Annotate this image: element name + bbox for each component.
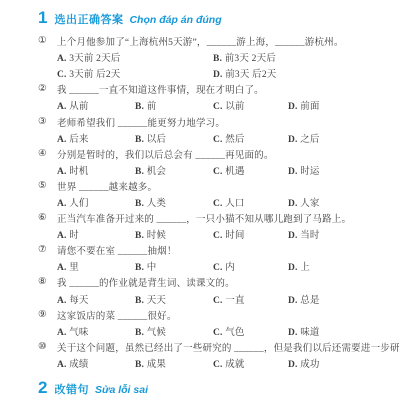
option-b: B. 成果 (135, 356, 213, 370)
option-b: B. 天天 (135, 292, 213, 306)
question-number: ⑩ (38, 339, 57, 355)
question-stem: 我 ______的作业就是背生词、读课文的。 (57, 275, 235, 289)
option-b: B. 气候 (135, 324, 213, 338)
section-1-header: 1 选出正确答案 Chọn đáp án đúng (38, 0, 390, 27)
section-1-number: 1 (38, 9, 47, 27)
question-number: ⑤ (38, 178, 57, 194)
option-c: C. 人口 (213, 195, 288, 209)
question-stem: 上个月他参加了“上海杭州5天游”，______游上海，______游杭州。 (57, 34, 344, 48)
option-d: D. 当时 (288, 227, 400, 241)
section-1-title-vietnamese: Chọn đáp án đúng (129, 14, 221, 26)
option-a: A. 里 (57, 259, 135, 273)
option-d: D. 前3天 后2天 (213, 66, 400, 80)
section-2-header: 2 改错句 Sửa lỗi sai (38, 379, 390, 397)
option-c: C. 气色 (213, 324, 288, 338)
question-number: ③ (38, 114, 57, 130)
question-4: ④ 分别是暂时的，我们以后总会有 ______再见面的。 A. 时机 B. 机会… (0, 146, 400, 178)
option-c: C. 以前 (213, 98, 288, 112)
option-d: D. 味道 (288, 324, 400, 338)
option-d: D. 人家 (288, 195, 400, 209)
option-c: C. 然后 (213, 131, 288, 145)
question-number: ⑨ (38, 307, 57, 323)
workbook-page: 1 选出正确答案 Chọn đáp án đúng ① 上个月他参加了“上海杭州… (0, 0, 400, 400)
option-a: A. 成绩 (57, 356, 135, 370)
question-1: ① 上个月他参加了“上海杭州5天游”，______游上海，______游杭州。 … (0, 33, 400, 81)
question-number: ② (38, 81, 57, 97)
question-10: ⑩ 关于这个问题，虽然已经出了一些研究的 ______，但是我们以后还需要进一步… (0, 339, 400, 371)
option-d: D. 成功 (288, 356, 400, 370)
option-d: D. 总是 (288, 292, 400, 306)
option-c: C. 内 (213, 259, 288, 273)
option-b: B. 以后 (135, 131, 213, 145)
option-c: C. 成就 (213, 356, 288, 370)
option-c: C. 一直 (213, 292, 288, 306)
question-stem: 这家饭店的菜 ______很好。 (57, 308, 177, 322)
question-7: ⑦ 请您不要在室 ______抽烟！ A. 里 B. 中 C. 内 D. 上 (0, 242, 400, 274)
option-d: D. 时运 (288, 163, 400, 177)
section-1-title-chinese: 选出正确答案 (54, 11, 123, 27)
question-9: ⑨ 这家饭店的菜 ______很好。 A. 气味 B. 气候 C. 气色 D. … (0, 307, 400, 339)
section-2-title-vietnamese: Sửa lỗi sai (95, 384, 148, 396)
option-c: C. 3天前 后2天 (57, 66, 213, 80)
question-number: ⑦ (38, 242, 57, 258)
option-b: B. 人类 (135, 195, 213, 209)
question-stem: 请您不要在室 ______抽烟！ (57, 243, 177, 257)
question-stem: 世界 ______越来越多。 (57, 179, 157, 193)
option-b: B. 机会 (135, 163, 213, 177)
option-d: D. 前面 (288, 98, 400, 112)
question-5: ⑤ 世界 ______越来越多。 A. 人们 B. 人类 C. 人口 D. 人家 (0, 178, 400, 210)
option-a: A. 气味 (57, 324, 135, 338)
option-b: B. 前3天 2天后 (213, 50, 400, 64)
option-a: A. 3天前 2天后 (57, 50, 213, 64)
question-stem: 正当汽车准备开过来的 ______，一只小猫不知从哪儿跑到了马路上。 (57, 211, 351, 225)
question-3: ③ 老师希望我们 ______能更努力地学习。 A. 后来 B. 以后 C. 然… (0, 113, 400, 145)
question-number: ⑥ (38, 210, 57, 226)
question-number: ① (38, 33, 57, 49)
question-number: ⑧ (38, 274, 57, 290)
option-a: A. 时机 (57, 163, 135, 177)
option-b: B. 时候 (135, 227, 213, 241)
section-2-title-chinese: 改错句 (54, 381, 89, 397)
question-stem: 我 ______一直不知道这件事情，现在才明白了。 (57, 82, 264, 96)
option-a: A. 每天 (57, 292, 135, 306)
option-c: C. 机遇 (213, 163, 288, 177)
option-d: D. 上 (288, 259, 400, 273)
section-2-number: 2 (38, 379, 47, 397)
option-d: D. 之后 (288, 131, 400, 145)
question-8: ⑧ 我 ______的作业就是背生词、读课文的。 A. 每天 B. 天天 C. … (0, 274, 400, 306)
option-c: C. 时间 (213, 227, 288, 241)
option-a: A. 人们 (57, 195, 135, 209)
question-stem: 分别是暂时的，我们以后总会有 ______再见面的。 (57, 147, 274, 161)
question-2: ② 我 ______一直不知道这件事情，现在才明白了。 A. 从前 B. 前 C… (0, 81, 400, 113)
option-a: A. 时 (57, 227, 135, 241)
question-6: ⑥ 正当汽车准备开过来的 ______，一只小猫不知从哪儿跑到了马路上。 A. … (0, 210, 400, 242)
option-b: B. 前 (135, 98, 213, 112)
question-number: ④ (38, 146, 57, 162)
question-stem: 关于这个问题，虽然已经出了一些研究的 ______，但是我们以后还需要进一步研究… (57, 340, 400, 354)
question-list: ① 上个月他参加了“上海杭州5天游”，______游上海，______游杭州。 … (0, 33, 400, 371)
option-a: A. 从前 (57, 98, 135, 112)
question-stem: 老师希望我们 ______能更努力地学习。 (57, 115, 225, 129)
option-a: A. 后来 (57, 131, 135, 145)
option-b: B. 中 (135, 259, 213, 273)
